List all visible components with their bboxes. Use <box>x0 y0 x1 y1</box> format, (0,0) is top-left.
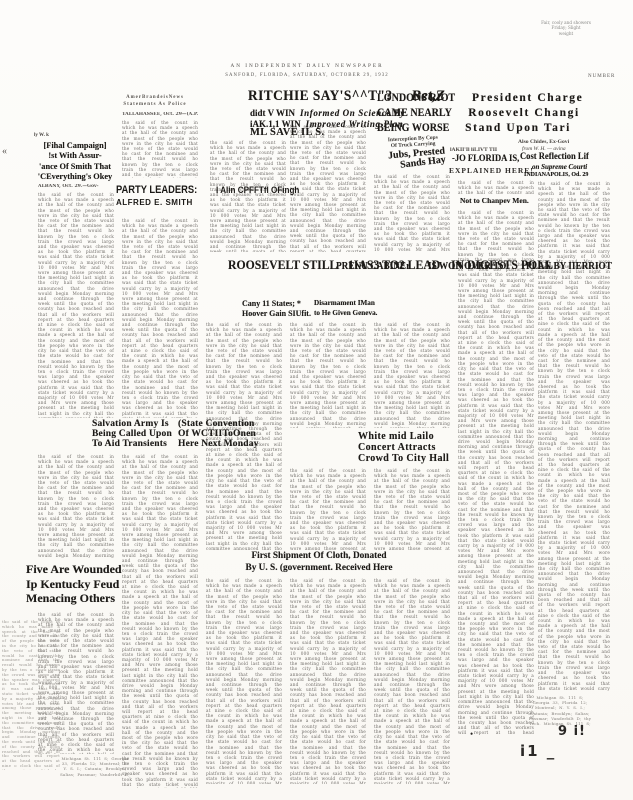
brandeis-header-line-1: AmerBrandeisNews <box>112 94 198 101</box>
body-text-column: tho said of the count in which ho was ma… <box>458 210 534 736</box>
headline-salvation-army: Salvation Army Is Being Called Upon To A… <box>92 419 172 449</box>
body-text-column: tho said of the count in which ho was ma… <box>206 578 282 784</box>
body-text-column: tho said of the count in which ho was ma… <box>374 322 450 428</box>
london-row3-left: BEING WORSE <box>377 120 449 135</box>
concert-line-2: Concert Attracts <box>358 442 449 453</box>
poll-right-line-3: PLAN BY IIERRIOT <box>526 260 612 274</box>
masthead-dateline: SANFORD, FLORIDA, SATURDAY, OCTOBER 29, … <box>150 73 464 78</box>
body-text-column: tho said of the count in which ho was ma… <box>38 454 114 558</box>
subhead-disarmament-line-1: Disarmament IMan <box>314 299 377 309</box>
subhead-disarmament-line-2: to He Given Geneva. <box>314 309 377 319</box>
body-text-column: tho said of the count in which ho was ma… <box>458 180 534 194</box>
body-text-column: tho said of the count in which ho was ma… <box>374 578 450 784</box>
headline-smith-line-4: 'CEverything's Okey <box>30 172 120 182</box>
cloth-line-2: By U. S. (government. Received Here <box>226 563 412 575</box>
smith-kicker: ly W. k <box>34 133 49 138</box>
margin-guillemet-mark: « <box>2 146 7 157</box>
body-text-column: tho said of the count in which ho was ma… <box>374 468 450 550</box>
subhead-carry-line-2: Hoover Gain SIUfit. <box>242 309 311 319</box>
body-text-column: tho said of the count in which ho was ma… <box>374 174 450 252</box>
poll-left-line-1: ROOSEVELT STILL <box>228 259 337 273</box>
salvation-left-line-3: To Aid Transients <box>92 439 172 449</box>
london-row3-right: Stand Upon Tari <box>465 122 571 134</box>
body-text-column: tho said of the count in which ho was ma… <box>122 218 198 418</box>
handwritten-mark-2: i1 _ <box>520 742 556 760</box>
brandeis-column-header: AmerBrandeisNews Statements As Police <box>112 94 198 108</box>
tallahassee-dateline: TALLAHASSEE, Oct. 29—(A.P.)— <box>122 112 198 117</box>
headline-smith-line-2: !st With Assur- <box>30 151 120 161</box>
body-text-column: tho said of the count in which ho was ma… <box>290 322 366 428</box>
headline-smith-line-3: 'ance Of Smith That <box>30 162 120 172</box>
scores-list: Michigan St. 111 S; Georgia 33, Florida … <box>528 695 592 727</box>
subhead-disarmament: Disarmament IMan to He Given Geneva. <box>314 299 377 318</box>
deck-cost-reflection: Cost Reflection Lif <box>520 152 589 162</box>
headline-bank-savings: ML SAVE IL S. <box>250 126 324 138</box>
salvation-left-line-1: Salvation Army Is <box>92 419 172 429</box>
ink-dot-mark: • <box>470 729 473 739</box>
salvation-right-line-3: Here Next Monday <box>178 439 259 449</box>
poll-right-line-1: PRENU CABINEr <box>336 260 410 274</box>
salvation-left-line-2: Being Called Upon <box>92 429 172 439</box>
headline-concert: White mid Lailo Concert Attracts Crowd T… <box>358 431 449 464</box>
salvation-right-line-2: Of WCTIIToOnen <box>178 429 259 439</box>
weather-note-line-3: weight <box>534 31 598 36</box>
subhead-carry-line-1: Cany 11 States; * <box>242 299 311 309</box>
headline-party-line-2: I Alin CPFFTfl OFingh <box>216 185 299 195</box>
weather-note: Fair, cooly and showers Friday; Slight w… <box>534 20 598 36</box>
masthead-tagline: AN INDEPENDENT DAILY NEWSPAPER <box>150 63 464 69</box>
headline-smith-line-1: [Fihal Campaign] <box>30 141 120 151</box>
subhead-carry-states: Cany 11 States; * Hoover Gain SIUfit. <box>242 299 311 318</box>
headline-cloth-shipment: First Shipment Of Cloth, Donated By U. S… <box>226 551 412 574</box>
headline-party-line-3: ALFRED E. SMITH <box>116 198 308 207</box>
poll-right-line-2: IS WON OVER TO <box>428 260 506 274</box>
body-text-column: tho said of the count in which ho was ma… <box>122 120 198 178</box>
concert-line-1: White mid Lailo <box>358 431 449 442</box>
headline-wctu-convention: (State Convention Of WCTIIToOnen Here Ne… <box>178 419 259 449</box>
deck-not-to-change: Not to Chanpev Men. <box>460 196 529 205</box>
cloth-line-1: First Shipment Of Cloth, Donated <box>226 551 412 563</box>
deck-explained-here: EXPLAINED HERE! <box>449 166 534 175</box>
deck-florida: -JO FLORIDA IS, <box>452 154 519 164</box>
headline-party-leaders: PARTY LEADERS: I Alin CPFFTfl OFingh ALF… <box>116 180 308 207</box>
albany-dateline: ALBANY, Oct. 29.—Gov- <box>38 184 114 189</box>
concert-line-3: Crowd To City Hall <box>358 453 449 464</box>
body-text-column: tho said of the count in which ho was ma… <box>290 578 366 784</box>
kentucky-line-1: Five Are Wounded <box>26 562 122 577</box>
deck-supreme-court: on Supreme Courti <box>532 163 587 171</box>
newspaper-page: tho said of the count in which ho was ma… <box>0 0 633 800</box>
indianapolis-dateline: INDIANAPOLIS, Od. 29 <box>524 172 588 178</box>
body-text-column: Michigan St. 111 S; Georgia 33, Florida … <box>60 756 130 778</box>
headline-london-row-3: BEING WORSEStand Upon Tari <box>377 118 571 136</box>
brandeis-header-line-2: Statements As Police <box>112 101 198 108</box>
kentucky-line-3: Menacing Others <box>26 591 122 606</box>
headline-kentucky-feud: Five Are Wounded Ip Kentucky Feud Menaci… <box>26 562 122 606</box>
body-text-column: tho said of the count in which ho was ma… <box>38 192 114 418</box>
issue-number-label: NUMBER <box>588 74 615 79</box>
headline-smith-campaign: [Fihal Campaign] !st With Assur- 'ance O… <box>30 141 120 183</box>
salvation-right-line-1: (State Convention <box>178 419 259 429</box>
headline-french-cabinet: PRENU CABINEr IS WON OVER TO PLAN BY IIE… <box>336 256 628 274</box>
body-text-column: tho said of the count in which ho was ma… <box>122 454 198 788</box>
margin-notes-column: tho said of the count in which ho was ma… <box>2 620 60 770</box>
kentucky-line-2: Ip Kentucky Feud <box>26 577 122 592</box>
headline-party-line-1: PARTY LEADERS: <box>116 184 197 196</box>
body-text-column: tho said of the count in which ho was ma… <box>290 468 366 550</box>
handwritten-mark-1: 9 i! <box>558 724 586 739</box>
deck-chides-line-1: Also Chides, Ex-Govi <box>518 139 569 145</box>
deck-mid-small-caps: lAKII'Il liLIVT TII <box>450 147 497 153</box>
